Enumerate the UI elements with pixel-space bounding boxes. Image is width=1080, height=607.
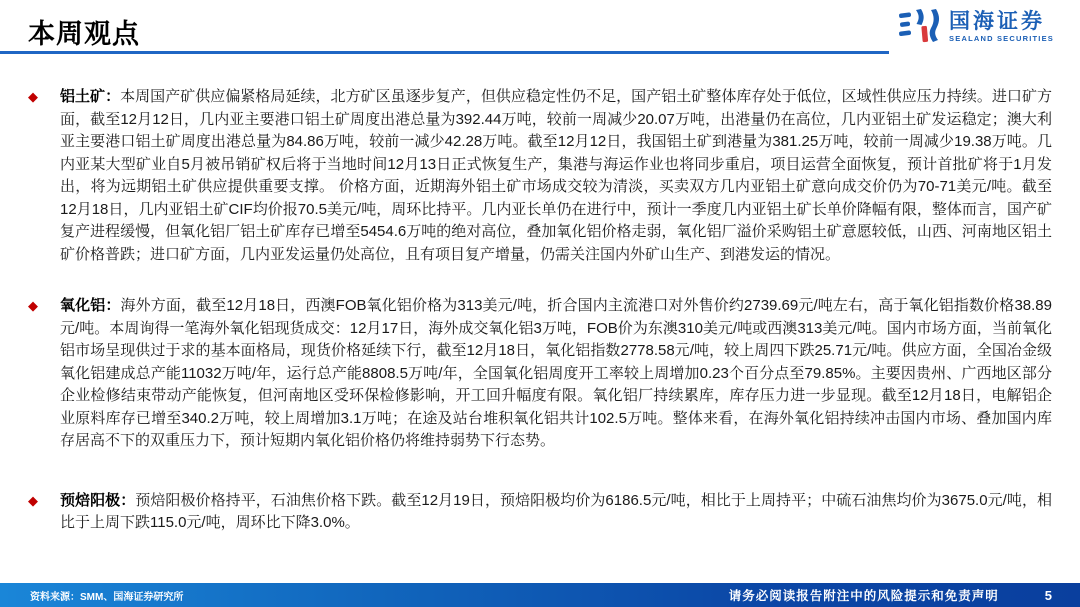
diamond-bullet-icon: ◆ xyxy=(28,295,60,318)
company-name-cn: 国海证券 xyxy=(949,11,1054,32)
footer-bar: 资料来源：SMM、国海证券研究所 请务必阅读报告附注中的风险提示和免责声明 5 xyxy=(0,583,1080,607)
bullet-body: 本周国产矿供应偏紧格局延续，北方矿区虽逐步复产，但供应稳定性仍不足，国产铝土矿整… xyxy=(60,88,1052,263)
bullet-item-bauxite: ◆ 铝土矿：本周国产矿供应偏紧格局延续，北方矿区虽逐步复产，但供应稳定性仍不足，… xyxy=(28,86,1052,266)
slide-body: ◆ 铝土矿：本周国产矿供应偏紧格局延续，北方矿区虽逐步复产，但供应稳定性仍不足，… xyxy=(0,53,1080,535)
company-logo: 国海证券 SEALAND SECURITIES xyxy=(898,8,1054,46)
bullet-label: 氧化铝： xyxy=(60,297,121,314)
disclaimer-text: 请务必阅读报告附注中的风险提示和免责声明 xyxy=(729,586,999,604)
footer-right-group: 请务必阅读报告附注中的风险提示和免责声明 5 xyxy=(729,586,1052,604)
bullet-item-alumina: ◆ 氧化铝：海外方面，截至12月18日，西澳FOB氧化铝价格为313美元/吨，折… xyxy=(28,295,1052,453)
company-name: 国海证券 SEALAND SECURITIES xyxy=(949,11,1054,43)
data-source-note: 资料来源：SMM、国海证券研究所 xyxy=(30,588,183,603)
sealand-logo-icon xyxy=(898,8,940,46)
title-underline xyxy=(0,51,889,54)
page-title: 本周观点 xyxy=(28,12,140,51)
bullet-paragraph: 氧化铝：海外方面，截至12月18日，西澳FOB氧化铝价格为313美元/吨，折合国… xyxy=(60,295,1052,453)
bullet-body: 预焙阳极价格持平，石油焦价格下跌。截至12月19日，预焙阳极均价为6186.5元… xyxy=(60,492,1052,532)
bullet-body: 海外方面，截至12月18日，西澳FOB氧化铝价格为313美元/吨，折合国内主流港… xyxy=(60,297,1052,449)
bullet-paragraph: 预焙阳极：预焙阳极价格持平，石油焦价格下跌。截至12月19日，预焙阳极均价为61… xyxy=(60,490,1052,535)
diamond-bullet-icon: ◆ xyxy=(28,490,60,513)
company-name-en: SEALAND SECURITIES xyxy=(949,35,1054,43)
diamond-bullet-icon: ◆ xyxy=(28,86,60,109)
page-number: 5 xyxy=(1045,588,1052,603)
slide-header: 本周观点 国海证券 SEALAND SECURITIES xyxy=(0,0,1080,53)
bullet-label: 预焙阳极： xyxy=(60,492,135,509)
bullet-paragraph: 铝土矿：本周国产矿供应偏紧格局延续，北方矿区虽逐步复产，但供应稳定性仍不足，国产… xyxy=(60,86,1052,266)
bullet-item-anode: ◆ 预焙阳极：预焙阳极价格持平，石油焦价格下跌。截至12月19日，预焙阳极均价为… xyxy=(28,490,1052,535)
bullet-label: 铝土矿： xyxy=(60,88,120,105)
